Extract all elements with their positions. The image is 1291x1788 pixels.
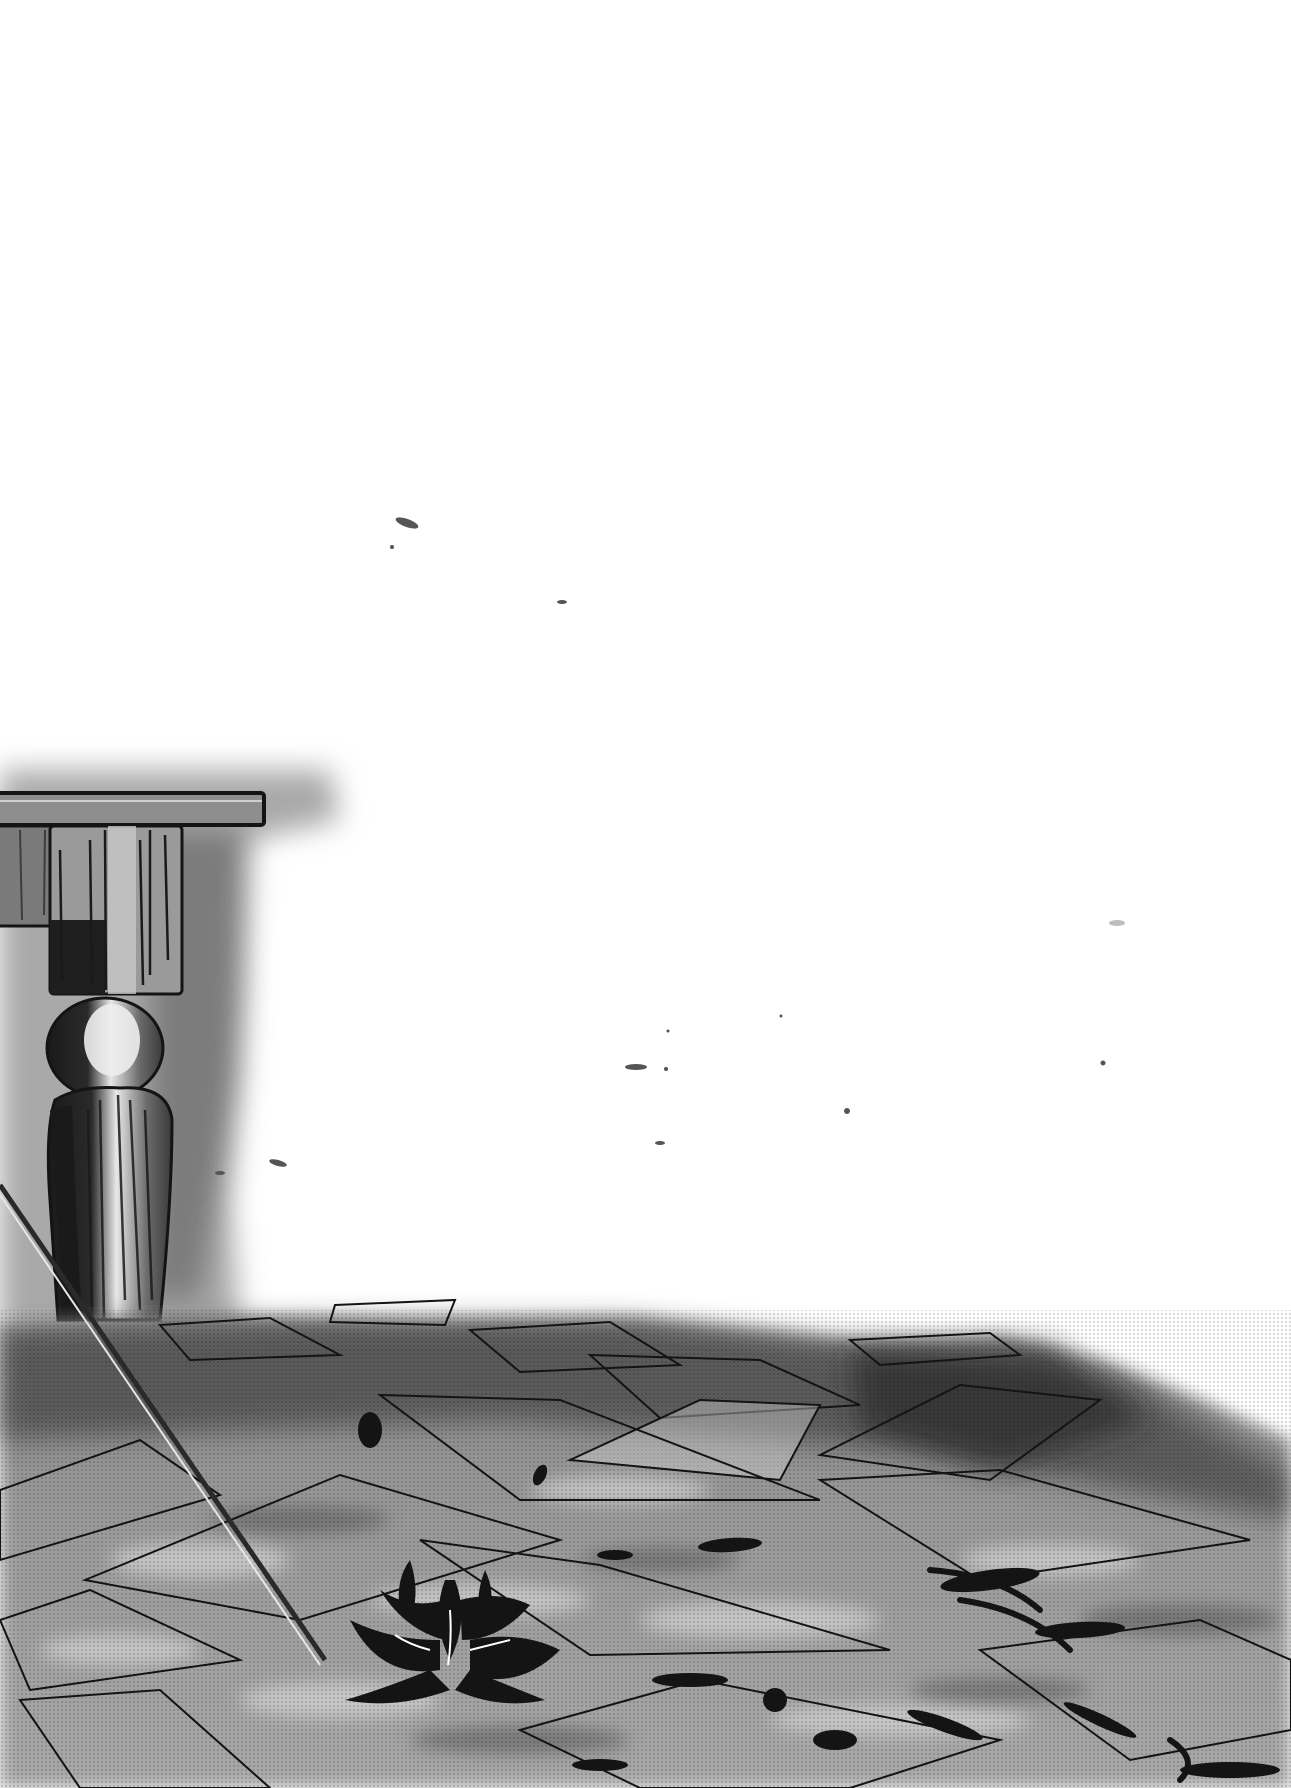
table-top xyxy=(0,793,264,825)
illustration-canvas xyxy=(0,0,1291,1788)
